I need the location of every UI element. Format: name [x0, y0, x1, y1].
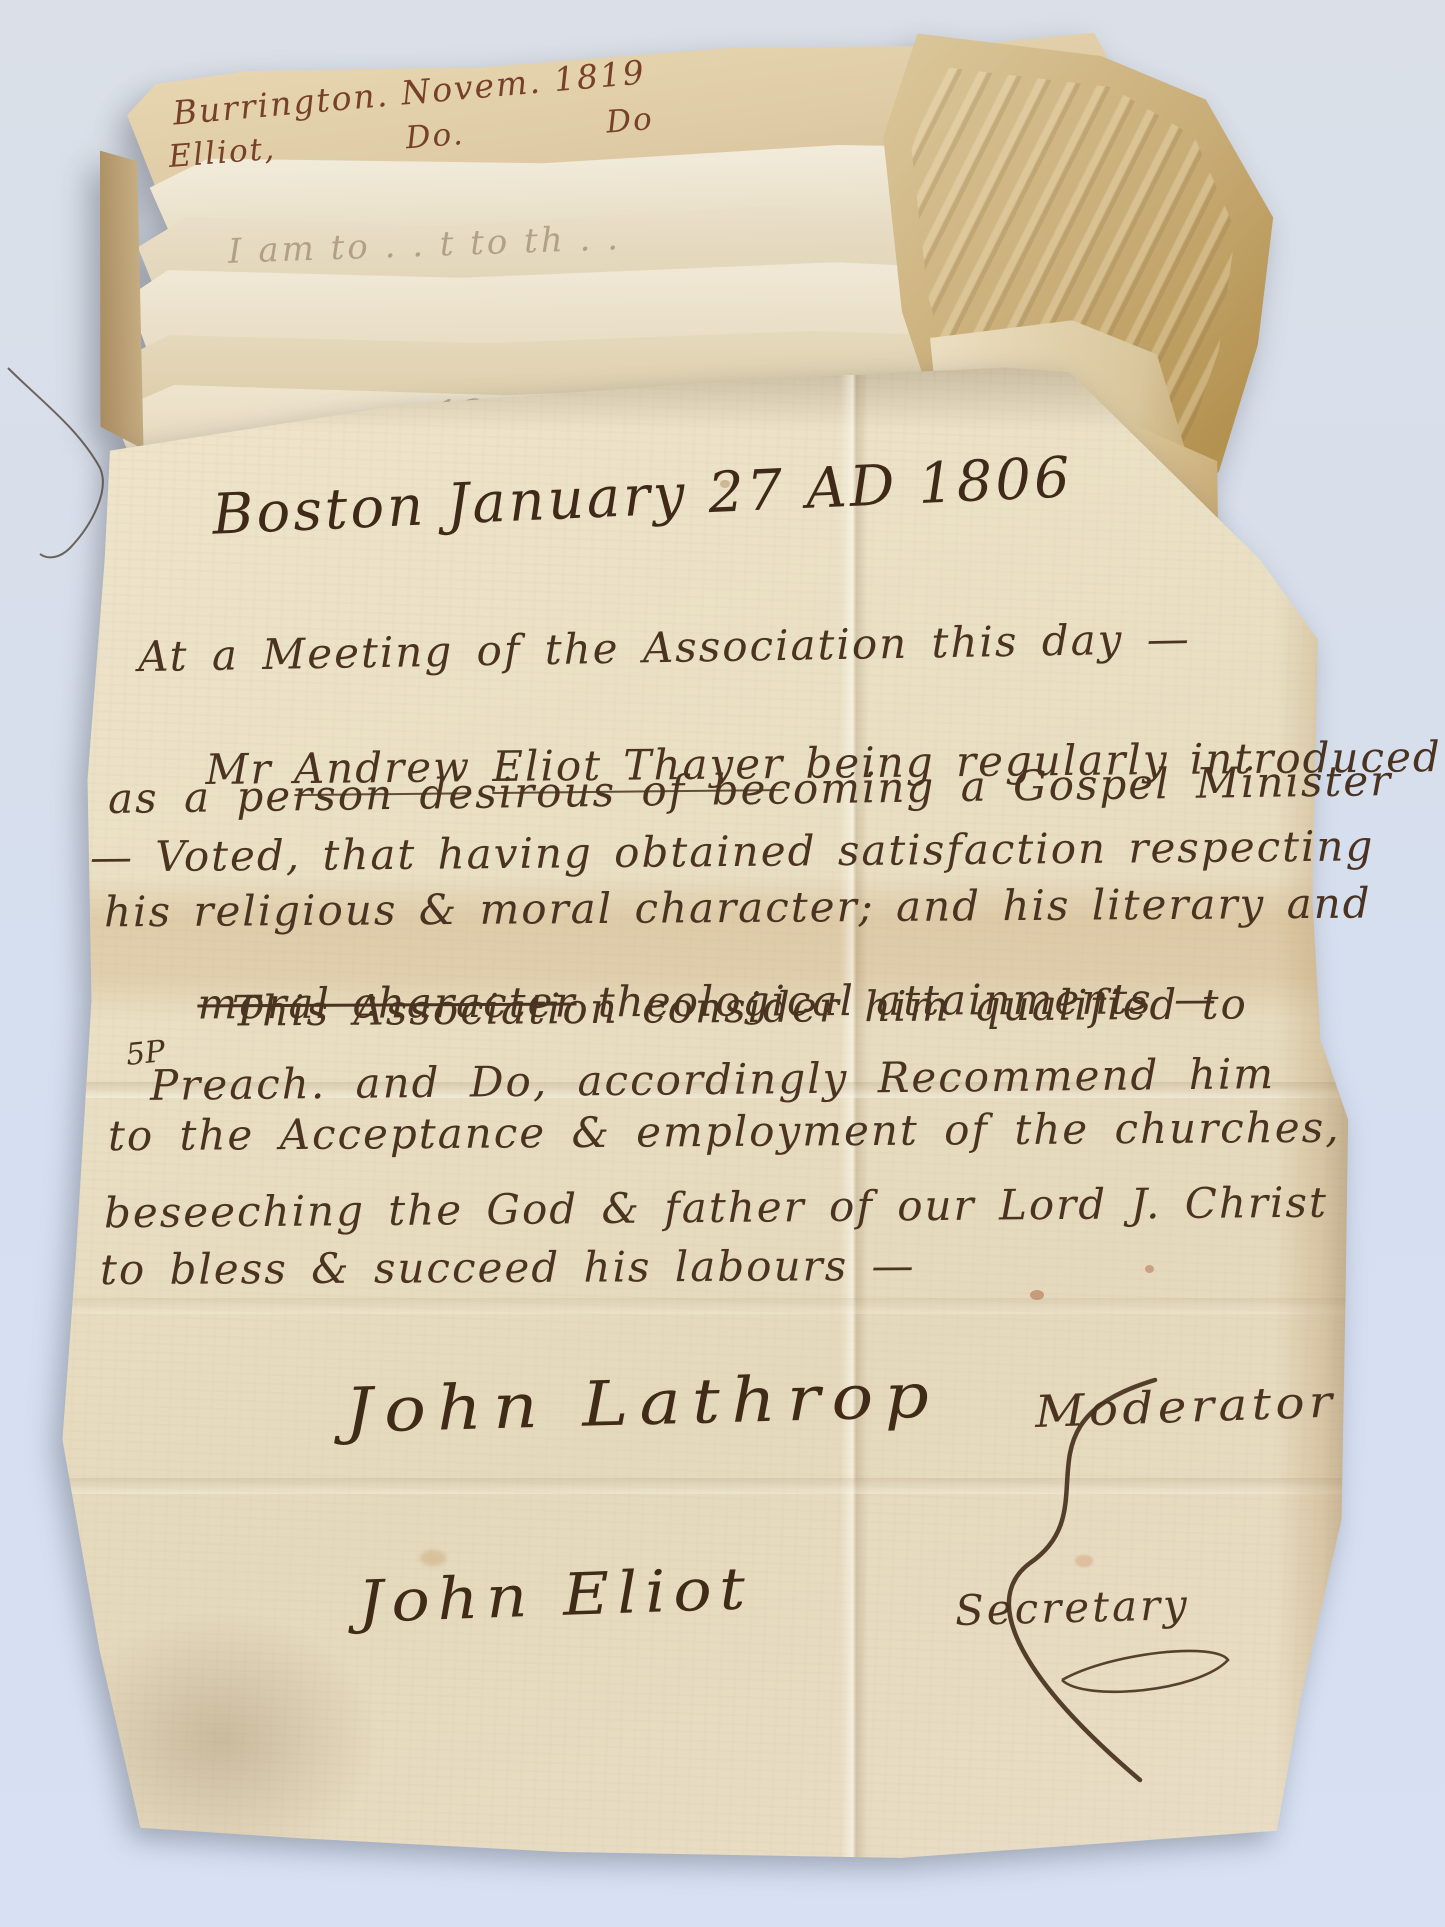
letter-line-5: — Voted, that having obtained satisfacti…	[90, 824, 1375, 879]
horizontal-crease-2	[40, 1298, 1360, 1314]
signature-brace	[950, 1368, 1180, 1798]
letter-line-11: beseeching the God & father of our Lord …	[104, 1181, 1328, 1236]
stain-3	[420, 1550, 446, 1566]
signature-flourish	[1048, 1632, 1248, 1712]
letter-line-10: to the Acceptance & employment of the ch…	[108, 1106, 1341, 1159]
top-edge-shadow	[40, 360, 1360, 430]
signature-name-eliot: John Eliot	[357, 1558, 754, 1633]
signature-name-lathrop: John Lathrop	[344, 1362, 941, 1443]
letter-line-9: Preach. and Do, accordingly Recommend hi…	[150, 1052, 1276, 1108]
letter-line-8: This Association consider him qualified …	[232, 982, 1248, 1033]
letter-line-6: his religious & moral character; and his…	[104, 882, 1372, 935]
stain-2	[1145, 1265, 1154, 1273]
photo-scene: Burrington. Novem. 1819 Elliot, Do. Do I…	[0, 0, 1445, 1927]
bottom-left-shading	[60, 1610, 380, 1870]
letter-line-12: to bless & succeed his labours —	[100, 1244, 916, 1292]
stain-1	[1030, 1290, 1044, 1300]
